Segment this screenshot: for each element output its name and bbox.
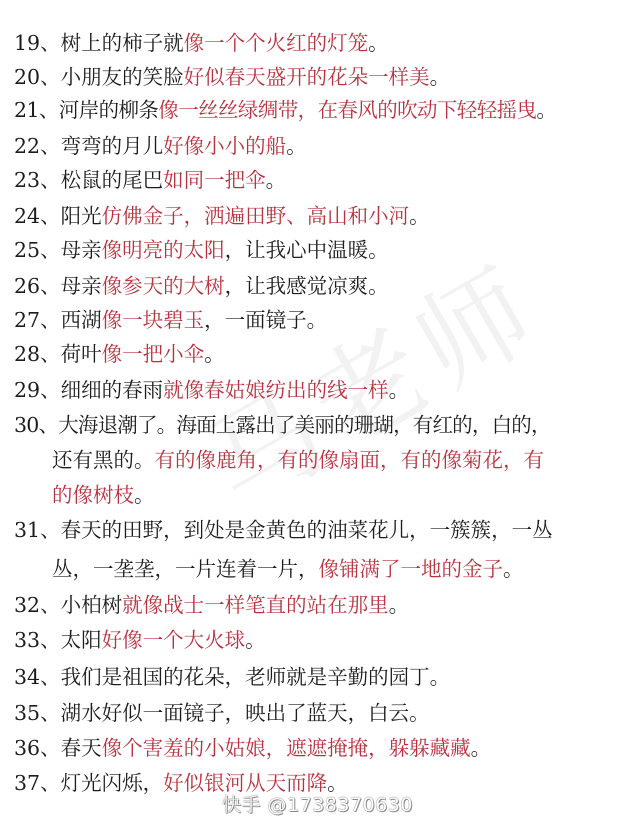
item-text: 春天	[61, 736, 102, 760]
simile-highlight: 好似春天盛开的花朵一样美	[184, 65, 430, 89]
item-tail: 。	[430, 65, 451, 89]
item-tail: 。	[389, 593, 410, 617]
item-tail: 。	[286, 134, 307, 158]
item-tail: 。	[245, 628, 266, 652]
simile-highlight: 像一丝丝绿绸带，在春风的吹动下轻轻摇曳	[158, 98, 536, 122]
item-number: 28、	[14, 337, 61, 372]
item-text: 小柏树	[61, 593, 123, 617]
simile-highlight: 就像春姑娘纺出的线一样	[163, 378, 389, 402]
simile-highlight: 好像一个大火球	[102, 628, 246, 652]
item-number: 32、	[14, 588, 61, 623]
simile-highlight: 好像小小的船	[163, 134, 286, 158]
item-tail: 。	[536, 98, 556, 122]
simile-highlight: 仿佛金子，洒遍田野、高山和小河	[102, 204, 410, 228]
simile-highlight: 像一个个火红的灯笼	[184, 31, 369, 55]
list-item-30: 30、大海退潮了。海面上露出了美丽的珊瑚，有红的，白的，	[14, 408, 634, 443]
simile-highlight: 如同一把伞	[163, 168, 266, 192]
item-text: 河岸的柳条	[59, 98, 159, 122]
simile-highlight: 像铺满了一地的金子	[319, 557, 504, 581]
item-text: 大海退潮了。海面上露出了美丽的珊瑚，有红的，白的，	[58, 413, 551, 437]
list-item-27: 27、西湖像一块碧玉，一面镜子。	[14, 303, 634, 338]
item-tail: 。	[204, 342, 225, 366]
item-number: 31、	[14, 513, 61, 548]
item-text: 树上的柿子就	[61, 31, 184, 55]
list-item-35: 35、湖水好似一面镜子，映出了蓝天，白云。	[14, 696, 634, 731]
item-text: 母亲	[61, 274, 102, 298]
item-tail: ，让我心中温暖。	[225, 238, 389, 262]
item-text: 春天的田野，到处是金黄色的油菜花儿，一簇簇，一丛	[61, 518, 553, 542]
item-tail: 。	[503, 557, 524, 581]
item-text: 母亲	[61, 238, 102, 262]
list-item-31: 31、春天的田野，到处是金黄色的油菜花儿，一簇簇，一丛	[14, 513, 634, 548]
item-number: 20、	[14, 60, 61, 95]
list-item-33: 33、太阳好像一个大火球。	[14, 623, 634, 658]
item-tail: 。	[409, 204, 430, 228]
list-item-32: 32、小柏树就像战士一样笔直的站在那里。	[14, 588, 634, 623]
item-text: 西湖	[61, 308, 102, 332]
list-item-26: 26、母亲像参天的大树，让我感觉凉爽。	[14, 269, 634, 304]
list-item-29: 29、细细的春雨就像春姑娘纺出的线一样。	[14, 373, 634, 408]
simile-highlight: 像参天的大树	[102, 274, 225, 298]
item-text: 小朋友的笑脸	[61, 65, 184, 89]
list-item-25: 25、母亲像明亮的太阳，让我心中温暖。	[14, 233, 634, 268]
list-item-30-line-3: 的像树枝。	[52, 478, 155, 513]
item-number: 30、	[14, 408, 58, 443]
item-number: 34、	[14, 660, 61, 695]
item-tail: 。	[368, 31, 389, 55]
list-item-36: 36、春天像个害羞的小姑娘，遮遮掩掩，躲躲藏藏。	[14, 731, 634, 766]
item-text: 阳光	[61, 204, 102, 228]
item-text: 细细的春雨	[61, 378, 164, 402]
list-item-24: 24、阳光仿佛金子，洒遍田野、高山和小河。	[14, 199, 634, 234]
list-item-28: 28、荷叶像一把小伞。	[14, 337, 634, 372]
list-item-20: 20、小朋友的笑脸好似春天盛开的花朵一样美。	[14, 60, 634, 95]
item-number: 21、	[14, 93, 59, 128]
item-number: 37、	[14, 766, 61, 801]
simile-highlight: 的像树枝	[52, 483, 134, 507]
item-number: 36、	[14, 731, 61, 766]
item-text: 松鼠的尾巴	[61, 168, 164, 192]
list-item-30-line-2: 还有黑的。有的像鹿角，有的像扇面，有的像菊花，有	[52, 443, 544, 478]
item-text: 荷叶	[61, 342, 102, 366]
simile-highlight: 像明亮的太阳	[102, 238, 225, 262]
simile-highlight: 像一把小伞	[102, 342, 205, 366]
item-tail: ，让我感觉凉爽。	[225, 274, 389, 298]
list-item-21: 21、河岸的柳条像一丝丝绿绸带，在春风的吹动下轻轻摇曳。	[14, 93, 634, 128]
item-number: 26、	[14, 269, 61, 304]
item-number: 22、	[14, 129, 61, 164]
item-number: 24、	[14, 199, 61, 234]
item-number: 25、	[14, 233, 61, 268]
item-number: 35、	[14, 696, 61, 731]
item-text: 我们是祖国的花朵，老师就是辛勤的园丁。	[61, 665, 451, 689]
item-tail: 。	[266, 168, 287, 192]
item-tail: 。	[134, 483, 155, 507]
item-text: 灯光闪烁，	[61, 771, 164, 795]
item-tail: 。	[389, 378, 410, 402]
list-item-22: 22、弯弯的月儿好像小小的船。	[14, 129, 634, 164]
kuaishou-watermark: 快手 @1738370630	[222, 790, 413, 817]
item-number: 29、	[14, 373, 61, 408]
item-tail: 。	[471, 736, 492, 760]
item-text: 还有黑的。	[52, 448, 155, 472]
simile-highlight: 像一块碧玉	[102, 308, 205, 332]
simile-highlight: 有的像鹿角，有的像扇面，有的像菊花，有	[155, 448, 545, 472]
list-item-34: 34、我们是祖国的花朵，老师就是辛勤的园丁。	[14, 660, 634, 695]
item-text: 弯弯的月儿	[61, 134, 164, 158]
item-tail: ，一面镜子。	[204, 308, 327, 332]
item-number: 23、	[14, 163, 61, 198]
item-number: 27、	[14, 303, 61, 338]
item-text: 湖水好似一面镜子，映出了蓝天，白云。	[61, 701, 430, 725]
item-number: 33、	[14, 623, 61, 658]
simile-highlight: 像个害羞的小姑娘，遮遮掩掩，躲躲藏藏	[102, 736, 471, 760]
list-item-31-line-2: 丛，一垄垄，一片连着一片，像铺满了一地的金子。	[52, 552, 524, 587]
list-item-19: 19、树上的柿子就像一个个火红的灯笼。	[14, 26, 634, 61]
item-number: 19、	[14, 26, 61, 61]
item-text: 太阳	[61, 628, 102, 652]
simile-highlight: 就像战士一样笔直的站在那里	[122, 593, 389, 617]
list-item-23: 23、松鼠的尾巴如同一把伞。	[14, 163, 634, 198]
item-text: 丛，一垄垄，一片连着一片，	[52, 557, 319, 581]
